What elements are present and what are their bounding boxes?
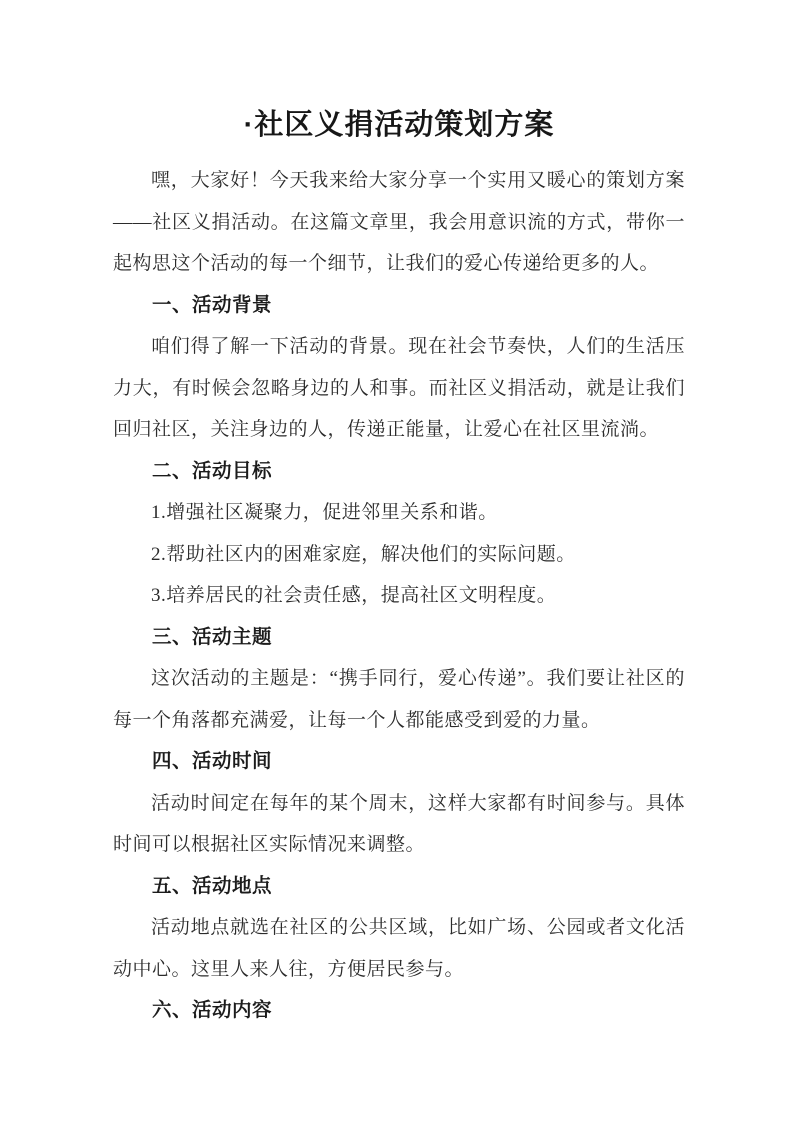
location-paragraph: 活动地点就选在社区的公共区域，比如广场、公园或者文化活动中心。这里人来人往，方便… [113, 907, 685, 990]
goal-list-item-1: 1.增强社区凝聚力，促进邻里关系和谐。 [113, 492, 685, 534]
document-page: ·社区义捐活动策划方案 嘿，大家好！今天我来给大家分享一个实用又暖心的策划方案—… [0, 0, 800, 1130]
intro-paragraph: 嘿，大家好！今天我来给大家分享一个实用又暖心的策划方案——社区义捐活动。在这篇文… [113, 160, 685, 285]
section-heading-goals: 二、活动目标 [113, 451, 685, 493]
section-heading-time: 四、活动时间 [113, 741, 685, 783]
time-paragraph: 活动时间定在每年的某个周末，这样大家都有时间参与。具体时间可以根据社区实际情况来… [113, 783, 685, 866]
section-heading-content: 六、活动内容 [113, 990, 685, 1032]
section-heading-background: 一、活动背景 [113, 285, 685, 327]
document-content: ·社区义捐活动策划方案 嘿，大家好！今天我来给大家分享一个实用又暖心的策划方案—… [113, 100, 685, 1032]
goal-list-item-3: 3.培养居民的社会责任感，提高社区文明程度。 [113, 575, 685, 617]
theme-paragraph: 这次活动的主题是：“携手同行，爱心传递”。我们要让社区的每一个角落都充满爱，让每… [113, 658, 685, 741]
section-heading-location: 五、活动地点 [113, 866, 685, 908]
background-paragraph: 咱们得了解一下活动的背景。现在社会节奏快，人们的生活压力大，有时候会忽略身边的人… [113, 326, 685, 451]
goal-list-item-2: 2.帮助社区内的困难家庭，解决他们的实际问题。 [113, 534, 685, 576]
section-heading-theme: 三、活动主题 [113, 617, 685, 659]
document-title: ·社区义捐活动策划方案 [113, 100, 685, 150]
